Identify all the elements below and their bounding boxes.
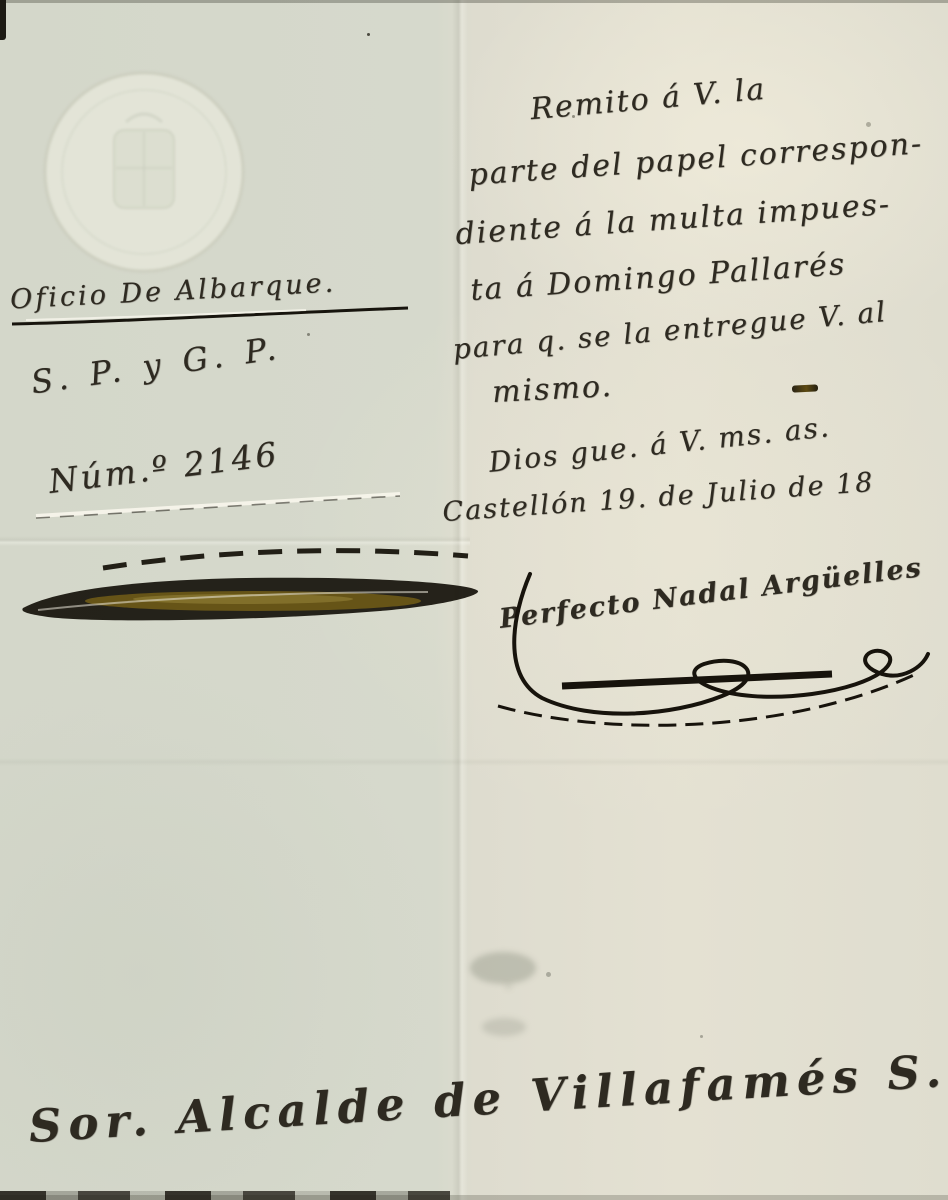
paper-stain: [482, 1018, 526, 1036]
number-underline-scratch: [28, 488, 408, 522]
ink-smear-icon: [8, 540, 493, 650]
section-abbreviation: S. P. y G. P.: [29, 329, 285, 402]
valediction: Dios gue. á V. ms. as.: [487, 410, 832, 479]
signature-rubric-flourish-icon: [472, 556, 942, 736]
paper-stain: [470, 952, 536, 984]
scan-edge-bottom-dark: [0, 1191, 450, 1200]
body-line: Remito á V. la: [529, 72, 768, 127]
scanned-letter-page: Oficio De Albarque. S. P. y G. P. Núm.º …: [0, 0, 948, 1200]
ink-dash-mark: [792, 384, 818, 392]
body-line: parte del papel correspon-: [467, 126, 924, 193]
scan-edge-top: [0, 0, 948, 3]
body-line: mismo.: [491, 369, 614, 410]
body-line: para q. se la entregue V. al: [451, 295, 888, 366]
body-line: diente á la multa impues-: [454, 187, 892, 252]
paper-specks: [367, 33, 370, 36]
embossed-seal-icon: [28, 58, 260, 290]
scan-edge-mark: [0, 0, 6, 40]
body-line: ta á Domingo Pallarés: [469, 247, 847, 308]
heading-underline: [6, 300, 416, 330]
